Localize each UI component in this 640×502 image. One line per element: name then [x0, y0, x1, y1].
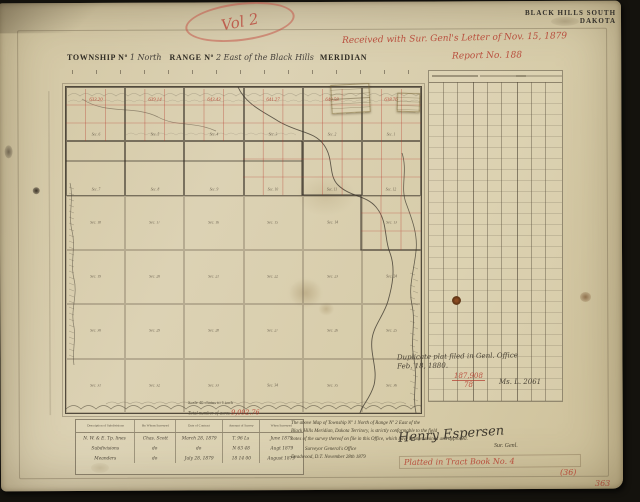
survey-cell: Meanders: [76, 453, 135, 463]
map-drawing-layer: [66, 87, 421, 413]
township-title: TOWNSHIP Nº 1 North RANGE Nº 2 East of t…: [67, 53, 425, 62]
claims-sec13: [361, 195, 421, 250]
survey-table-row: SubdivisionsdodoN 63 48Augt 1879: [76, 443, 303, 453]
region-title: BLACK HILLS SOUTH DAKOTA: [500, 9, 616, 25]
township-map: Sec. 6633.20Sec. 5639.14Sec. 4643.43Sec.…: [65, 86, 422, 414]
corner-number: 363: [595, 479, 610, 488]
survey-header-cell: Amount of Survey: [223, 420, 260, 432]
survey-cell: Subdivisions: [76, 443, 135, 453]
survey-cell: T. 96 Ls: [223, 433, 260, 443]
survey-cell: do: [135, 443, 176, 453]
docket-fraction: 187,908 78: [452, 372, 485, 389]
survey-table-header: Description of SubdivisionsBy Whom Surve…: [76, 420, 303, 433]
duplicate-note-line1: Duplicate plat filed in Genl. Office: [397, 351, 518, 361]
survey-cell: 18 14 00: [223, 453, 260, 463]
total-acres-label: Total number of acres: [188, 411, 230, 416]
volume-stamp-text: Vol 2: [220, 10, 260, 35]
fraction-numerator: 187,908: [452, 372, 485, 381]
pasted-note-patch-small: [397, 93, 421, 113]
survey-cell: N. W. & E. Tp. lines: [76, 433, 135, 443]
claims-row2-verticals: [263, 141, 401, 195]
survey-table-row: N. W. & E. Tp. linesChas. ScottMarch 28,…: [76, 433, 303, 443]
survey-cell: March 28, 1879: [176, 433, 223, 443]
title-tick-letters: [72, 70, 417, 74]
total-acres-line: Total number of acres 9,092.76: [188, 409, 308, 418]
survey-record-table: Description of SubdivisionsBy Whom Surve…: [75, 419, 304, 475]
survey-header-cell: Description of Subdivisions: [76, 420, 135, 432]
surveyor-office-line: Surveyor General's Office: [305, 446, 469, 453]
tract-book-note: Platted in Tract Book No. 4: [399, 454, 581, 469]
signature-title: Sur. Genl.: [494, 443, 518, 449]
duplicate-note-line2: Feb. 18, 1880.: [397, 362, 448, 371]
township-label: TOWNSHIP Nº: [67, 53, 128, 62]
road-trace: [82, 99, 216, 131]
meridian-label: MERIDIAN: [320, 53, 367, 62]
survey-table-row: MeandersdoJuly 28, 187918 14 00August 18…: [76, 453, 303, 463]
survey-cell: Chas. Scott: [135, 433, 176, 443]
fraction-denominator: 78: [464, 381, 473, 389]
east-hachure: [410, 267, 418, 407]
scale-and-total: Scale 40 chains to 1 inch Total number o…: [188, 401, 338, 420]
range-label: RANGE Nº: [170, 53, 214, 62]
duplicate-filed-note: Duplicate plat filed in Genl. Office Feb…: [397, 351, 562, 372]
report-annotation: Report No. 188: [452, 50, 522, 61]
page-mark: (36): [560, 468, 576, 477]
township-value: 1 North: [130, 53, 162, 62]
docket-number: Ms. L. 2061: [499, 378, 541, 386]
scanned-plat-page: BLACK HILLS SOUTH DAKOTA Vol 2 Received …: [0, 0, 640, 502]
total-acres-value: 9,092.76: [231, 409, 260, 416]
survey-cell: do: [176, 443, 223, 453]
edge-spot: [5, 145, 13, 158]
pasted-note-patch: [330, 83, 370, 114]
corner-shading: [0, 3, 119, 34]
terrain-midtop: [126, 133, 296, 135]
scale-note: Scale 40 chains to 1 inch: [188, 401, 301, 407]
creek-east: [402, 153, 416, 413]
survey-cell: do: [135, 453, 176, 463]
survey-header-cell: By Whom Surveyed: [135, 420, 176, 432]
survey-cell: July 28, 1879: [176, 453, 223, 463]
survey-header-cell: Date of Contract: [176, 420, 223, 432]
survey-cell: N 63 48: [223, 443, 260, 453]
range-value: 2 East of the Black Hills: [216, 53, 314, 62]
certificate-line1: The above Map of Township Nº 1 North of …: [291, 420, 466, 427]
